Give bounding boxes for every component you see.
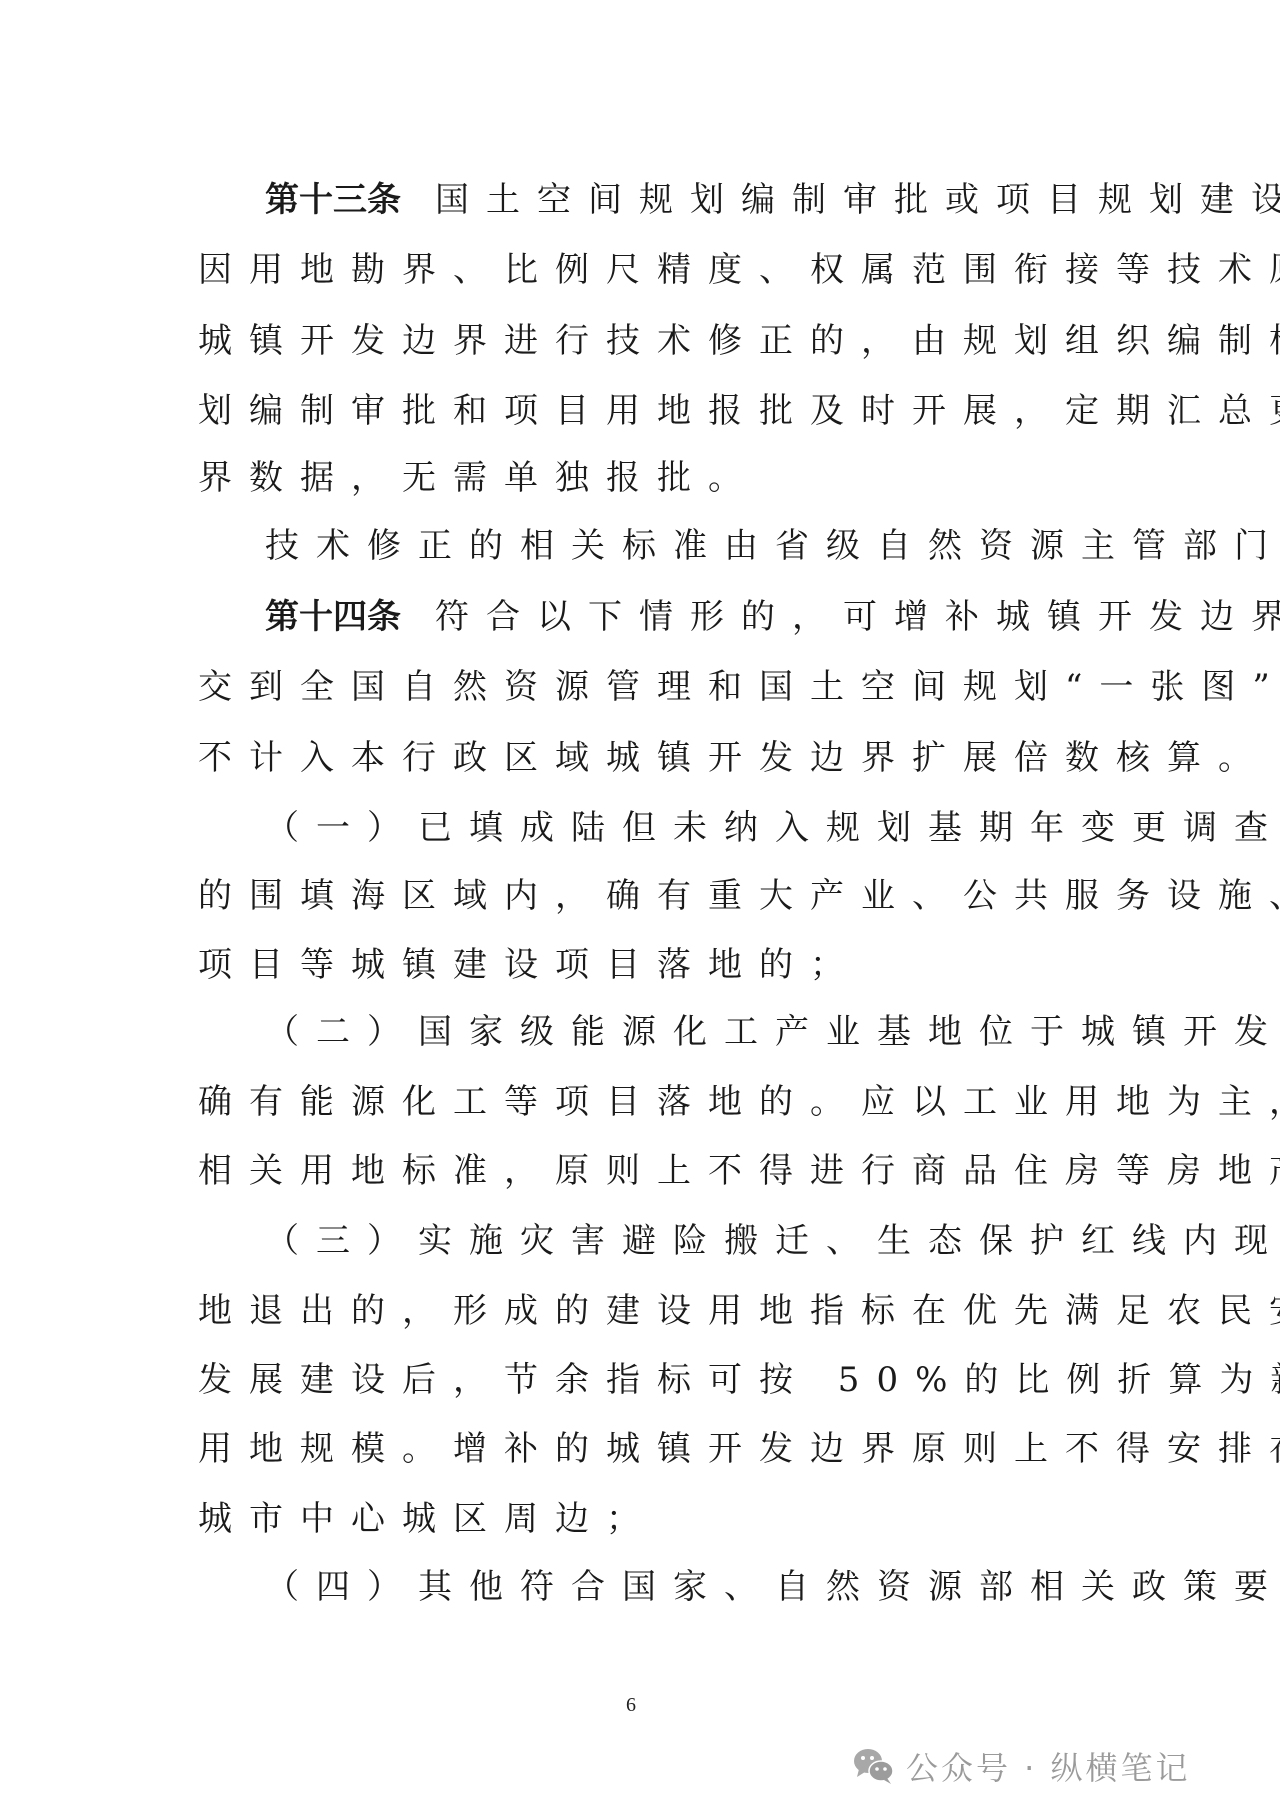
item-4-line-1: （四）其他符合国家、自然资源部相关政策要求的。 <box>265 1552 1088 1622</box>
article-14-line-1: 第十四条符合以下情形的，可增补城镇开发边界，汇 <box>265 582 1088 652</box>
item-1-line-3: 项目等城镇建设项目落地的； <box>198 930 1088 1000</box>
item-3-line-4: 用地规模。增补的城镇开发边界原则上不得安排在超大特大 <box>198 1414 1088 1484</box>
article-13-line-4: 划编制审批和项目用地报批及时开展，定期汇总更新开发边 <box>198 376 1088 446</box>
item-2-line-1: （二）国家级能源化工产业基地位于城镇开发边界外， <box>265 997 1088 1067</box>
item-3-line-3: 发展建设后，节余指标可按 50%的比例折算为新增城镇建设 <box>198 1345 1088 1415</box>
document-page: 第十三条国土空间规划编制审批或项目规划建设中， 因用地勘界、比例尺精度、权属范围… <box>0 0 1280 1811</box>
item-1-line-2: 的围填海区域内，确有重大产业、公共服务设施、基础设施 <box>198 861 1088 931</box>
wechat-icon <box>852 1746 896 1786</box>
article-14-line-2: 交到全国自然资源管理和国土空间规划“一张图”封闭运行， <box>198 652 1088 722</box>
item-3-line-1: （三）实施灾害避险搬迁、生态保护红线内现状建设用 <box>265 1206 1088 1276</box>
article-13-heading: 第十三条 <box>265 180 401 220</box>
article-14-heading: 第十四条 <box>265 597 401 637</box>
page-number: 6 <box>626 1694 636 1717</box>
item-3-line-2: 地退出的，形成的建设用地指标在优先满足农民安置、乡村 <box>198 1276 1088 1346</box>
article-13-para-2: 技术修正的相关标准由省级自然资源主管部门制定。 <box>265 511 1088 581</box>
item-2-line-3: 相关用地标准，原则上不得进行商品住房等房地产开发； <box>198 1136 1088 1206</box>
item-1-line-1: （一）已填成陆但未纳入规划基期年变更调查建设用地 <box>265 793 1088 863</box>
item-2-line-2: 确有能源化工等项目落地的。应以工业用地为主，严格落实 <box>198 1067 1088 1137</box>
article-14-line-3: 不计入本行政区域城镇开发边界扩展倍数核算。 <box>198 723 1088 793</box>
article-13-line-3: 城镇开发边界进行技术修正的，由规划组织编制机关结合规 <box>198 306 1088 376</box>
article-13-line-5: 界数据，无需单独报批。 <box>198 443 1088 513</box>
watermark: 公众号 · 纵横笔记 <box>852 1742 1191 1790</box>
article-13-line-1: 第十三条国土空间规划编制审批或项目规划建设中， <box>265 165 1088 235</box>
item-3-line-5: 城市中心城区周边； <box>198 1484 1088 1554</box>
watermark-text: 公众号 · 纵横笔记 <box>906 1743 1191 1789</box>
article-13-line-2: 因用地勘界、比例尺精度、权属范围衔接等技术原因，需对 <box>198 235 1088 305</box>
